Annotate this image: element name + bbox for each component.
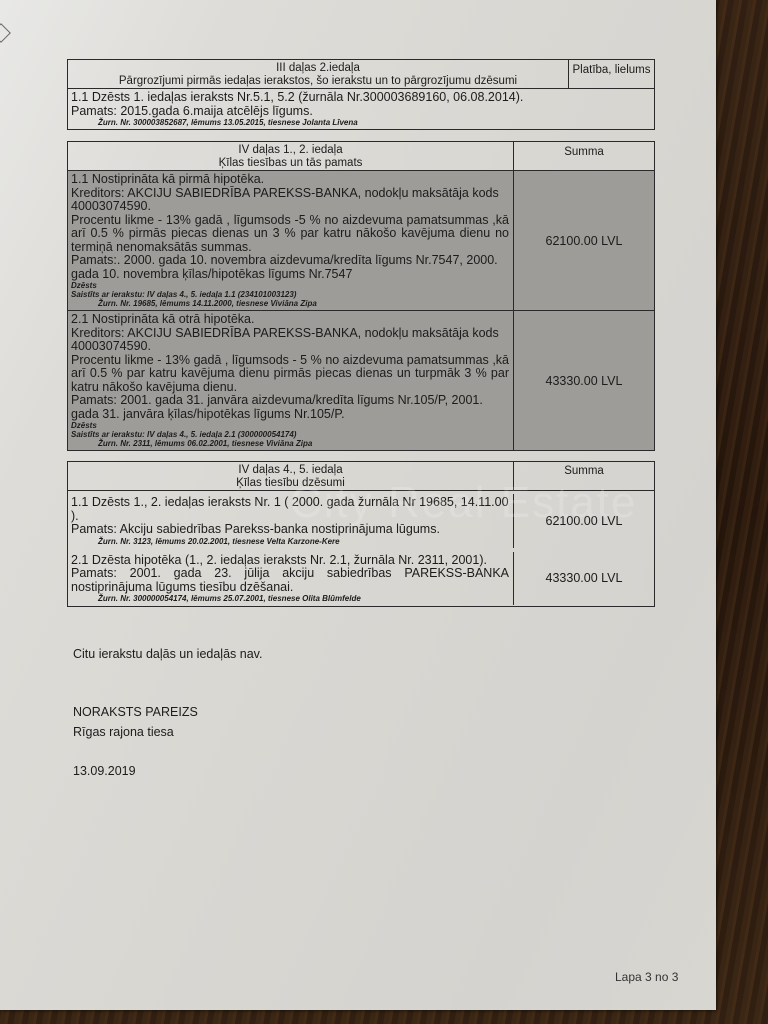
deletion-entry: 2.1 Dzēsta hipotēka (1., 2. iedaļas iera… bbox=[68, 548, 654, 607]
section-iv-45-side-header: Summa bbox=[514, 462, 654, 490]
entry-interest: Procentu likme - 13% gadā , līgumsods - … bbox=[71, 354, 509, 395]
entry-linked: Saistīts ar ierakstu: IV daļas 4., 5. ie… bbox=[71, 430, 509, 439]
mortgage-entry: 2.1 Nostiprināta kā otrā hipotēka. Kredi… bbox=[68, 310, 654, 450]
entry-journal: Žurn. Nr. 3123, lēmums 20.02.2001, tiesn… bbox=[71, 537, 509, 546]
section-iii-header: III daļas 2.iedaļa Pārgrozījumi pirmās i… bbox=[68, 60, 654, 89]
entry-journal: Žurn. Nr. 2311, lēmums 06.02.2001, tiesn… bbox=[71, 439, 509, 448]
entry-title: 1.1 Nostiprināta kā pirmā hipotēka. bbox=[71, 173, 509, 187]
court-name: Rīgas rajona tiesa bbox=[73, 725, 174, 739]
entry-text: 1.1 Dzēsts 1., 2. iedaļas ieraksts Nr. 1… bbox=[71, 496, 509, 523]
entry-title: 2.1 Nostiprināta kā otrā hipotēka. bbox=[71, 313, 509, 327]
section-iv-45-header: IV daļas 4., 5. iedaļa Ķīlas tiesību dzē… bbox=[68, 462, 654, 491]
mortgage-entry: 1.1 Nostiprināta kā pirmā hipotēka. Kred… bbox=[68, 171, 654, 310]
section-iii-side-header: Platība, lielums bbox=[569, 60, 654, 88]
entry-basis: Pamats:. 2000. gada 10. novembra aizdevu… bbox=[71, 254, 509, 281]
entry-basis: Pamats: 2015.gada 6.maija atcēlējs līgum… bbox=[71, 105, 650, 119]
entry-creditor: Kreditors: AKCIJU SABIEDRĪBA PAREKSS-BAN… bbox=[71, 327, 509, 354]
entry-creditor: Kreditors: AKCIJU SABIEDRĪBA PAREKSS-BAN… bbox=[71, 187, 509, 214]
entry-text: 1.1 Dzēsts 1. iedaļas ieraksts Nr.5.1, 5… bbox=[71, 91, 650, 105]
no-other-entries-note: Citu ierakstu daļās un iedaļās nav. bbox=[73, 647, 262, 661]
entry-text: 2.1 Dzēsta hipotēka (1., 2. iedaļas iera… bbox=[71, 554, 509, 568]
section-iii-entry: 1.1 Dzēsts 1. iedaļas ieraksts Nr.5.1, 5… bbox=[68, 89, 654, 129]
section-iii-title: III daļas 2.iedaļa Pārgrozījumi pirmās i… bbox=[68, 60, 569, 88]
section-iv-12-header: IV daļas 1., 2. iedaļa Ķīlas tiesības un… bbox=[68, 142, 654, 171]
entry-basis: Pamats: 2001. gada 23. jūlija akciju sab… bbox=[71, 567, 509, 594]
section-iv-12-table: IV daļas 1., 2. iedaļa Ķīlas tiesības un… bbox=[67, 141, 655, 451]
section-iii-title-line1: III daļas 2.iedaļa bbox=[72, 62, 564, 75]
section-iv-45-title: IV daļas 4., 5. iedaļa Ķīlas tiesību dzē… bbox=[68, 462, 514, 490]
entry-linked: Saistīts ar ierakstu: IV daļas 4., 5. ie… bbox=[71, 290, 509, 299]
entry-amount: 62100.00 LVL bbox=[514, 171, 654, 310]
entry-amount: 43330.00 LVL bbox=[514, 552, 654, 606]
section-iv-12-title: IV daļas 1., 2. iedaļa Ķīlas tiesības un… bbox=[68, 142, 514, 170]
certified-label: NORAKSTS PAREIZS bbox=[73, 705, 198, 719]
section-iv-45-title-line1: IV daļas 4., 5. iedaļa bbox=[72, 464, 509, 477]
deletion-entry: 1.1 Dzēsts 1., 2. iedaļas ieraksts Nr. 1… bbox=[68, 491, 654, 548]
entry-amount: 62100.00 LVL bbox=[514, 494, 654, 548]
entry-journal: Žurn. Nr. 300003852687, lēmums 13.05.201… bbox=[71, 118, 650, 127]
entry-journal: Žurn. Nr. 19685, lēmums 14.11.2000, ties… bbox=[71, 299, 509, 308]
section-iv-12-title-line1: IV daļas 1., 2. iedaļa bbox=[72, 144, 509, 157]
entry-basis: Pamats: 2001. gada 31. janvāra aizdevuma… bbox=[71, 394, 509, 421]
mortgage-entry-body: 1.1 Nostiprināta kā pirmā hipotēka. Kred… bbox=[68, 171, 514, 310]
page-number: Lapa 3 no 3 bbox=[615, 970, 678, 984]
section-iii-table: III daļas 2.iedaļa Pārgrozījumi pirmās i… bbox=[67, 59, 655, 130]
section-iv-45-table: IV daļas 4., 5. iedaļa Ķīlas tiesību dzē… bbox=[67, 461, 655, 607]
section-iv-12-body: 1.1 Nostiprināta kā pirmā hipotēka. Kred… bbox=[68, 171, 654, 450]
entry-amount: 43330.00 LVL bbox=[514, 311, 654, 450]
entry-interest: Procentu likme - 13% gadā , līgumsods -5… bbox=[71, 214, 509, 255]
section-iv-12-side-header: Summa bbox=[514, 142, 654, 170]
entry-deleted-label: Dzēsts bbox=[71, 281, 509, 290]
deletion-entry-body: 1.1 Dzēsts 1., 2. iedaļas ieraksts Nr. 1… bbox=[68, 494, 514, 548]
deletion-entry-body: 2.1 Dzēsta hipotēka (1., 2. iedaļas iera… bbox=[68, 552, 514, 606]
entry-basis: Pamats: Akciju sabiedrības Parekss-banka… bbox=[71, 523, 509, 537]
entry-journal: Žurn. Nr. 300000054174, lēmums 25.07.200… bbox=[71, 594, 509, 603]
document-page: III daļas 2.iedaļa Pārgrozījumi pirmās i… bbox=[0, 0, 716, 1010]
section-iv-45-title-line2: Ķīlas tiesību dzēsumi bbox=[72, 477, 509, 490]
entry-deleted-label: Dzēsts bbox=[71, 421, 509, 430]
section-iv-12-title-line2: Ķīlas tiesības un tās pamats bbox=[72, 157, 509, 170]
corner-mark-icon bbox=[0, 23, 11, 43]
mortgage-entry-body: 2.1 Nostiprināta kā otrā hipotēka. Kredi… bbox=[68, 311, 514, 450]
section-iii-title-line2: Pārgrozījumi pirmās iedaļas ierakstos, š… bbox=[72, 75, 564, 88]
document-date: 13.09.2019 bbox=[73, 764, 136, 778]
